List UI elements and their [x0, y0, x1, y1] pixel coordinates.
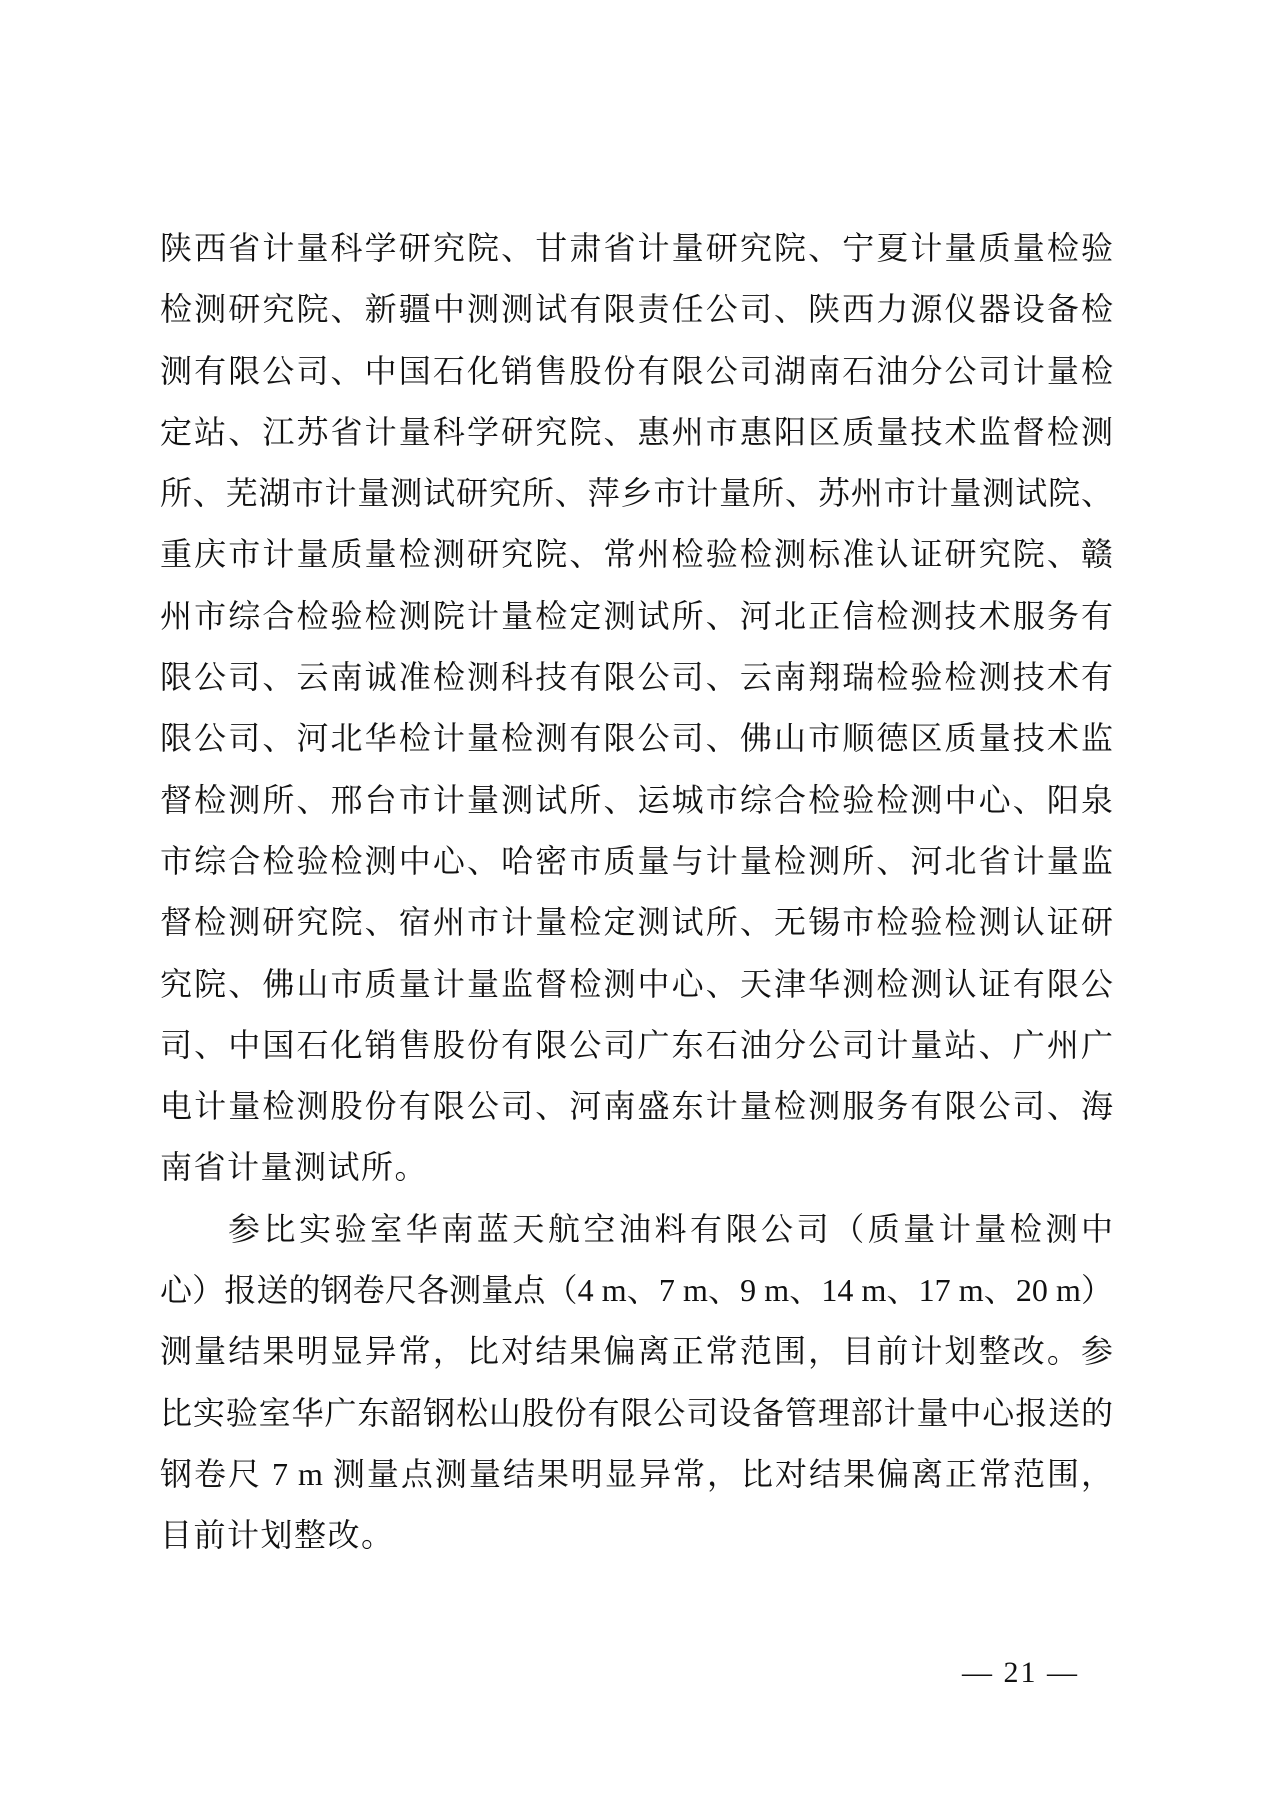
text-line: 督检测所、邢台市计量测试所、运城市综合检验检测中心、阳泉	[160, 770, 1113, 831]
text-line: 检测研究院、新疆中测测试有限责任公司、陕西力源仪器设备检	[160, 279, 1113, 340]
text-line: 司、中国石化销售股份有限公司广东石油分公司计量站、广州广	[160, 1015, 1113, 1076]
text-line: 市综合检验检测中心、哈密市质量与计量检测所、河北省计量监	[160, 831, 1113, 892]
text-line: 测量结果明显异常，比对结果偏离正常范围，目前计划整改。参	[160, 1321, 1113, 1382]
page-number: — 21 —	[962, 1652, 1079, 1694]
text-line: 目前计划整改。	[160, 1505, 1113, 1566]
text-line: 钢卷尺 7 m 测量点测量结果明显异常，比对结果偏离正常范围，	[160, 1444, 1113, 1505]
text-line: 州市综合检验检测院计量检定测试所、河北正信检测技术服务有	[160, 586, 1113, 647]
text-line: 定站、江苏省计量科学研究院、惠州市惠阳区质量技术监督检测	[160, 402, 1113, 463]
text-line: 测有限公司、中国石化销售股份有限公司湖南石油分公司计量检	[160, 341, 1113, 402]
text-line: 南省计量测试所。	[160, 1137, 1113, 1198]
text-line: 电计量检测股份有限公司、河南盛东计量检测服务有限公司、海	[160, 1076, 1113, 1137]
text-line: 重庆市计量质量检测研究院、常州检验检测标准认证研究院、赣	[160, 524, 1113, 585]
text-line: 陕西省计量科学研究院、甘肃省计量研究院、宁夏计量质量检验	[160, 218, 1113, 279]
text-line: 心）报送的钢卷尺各测量点（4 m、7 m、9 m、14 m、17 m、20 m）	[160, 1260, 1113, 1321]
text-line: 限公司、河北华检计量检测有限公司、佛山市顺德区质量技术监	[160, 708, 1113, 769]
text-block: 陕西省计量科学研究院、甘肃省计量研究院、宁夏计量质量检验 检测研究院、新疆中测测…	[160, 218, 1113, 1567]
text-line: 所、芜湖市计量测试研究所、萍乡市计量所、苏州市计量测试院、	[160, 463, 1113, 524]
text-line: 限公司、云南诚准检测科技有限公司、云南翔瑞检验检测技术有	[160, 647, 1113, 708]
text-line: 究院、佛山市质量计量监督检测中心、天津华测检测认证有限公	[160, 954, 1113, 1015]
document-canvas: { "doc": { "para1": [ "陕西省计量科学研究院、甘肃省计量研…	[0, 0, 1280, 1810]
paragraph-institution-list: 陕西省计量科学研究院、甘肃省计量研究院、宁夏计量质量检验 检测研究院、新疆中测测…	[160, 218, 1113, 1199]
document-page: 陕西省计量科学研究院、甘肃省计量研究院、宁夏计量质量检验 检测研究院、新疆中测测…	[0, 0, 1280, 1810]
text-line: 参比实验室华南蓝天航空油料有限公司（质量计量检测中	[160, 1199, 1113, 1260]
text-line: 比实验室华广东韶钢松山股份有限公司设备管理部计量中心报送的	[160, 1383, 1113, 1444]
paragraph-lab-results: 参比实验室华南蓝天航空油料有限公司（质量计量检测中 心）报送的钢卷尺各测量点（4…	[160, 1199, 1113, 1567]
text-line: 督检测研究院、宿州市计量检定测试所、无锡市检验检测认证研	[160, 892, 1113, 953]
